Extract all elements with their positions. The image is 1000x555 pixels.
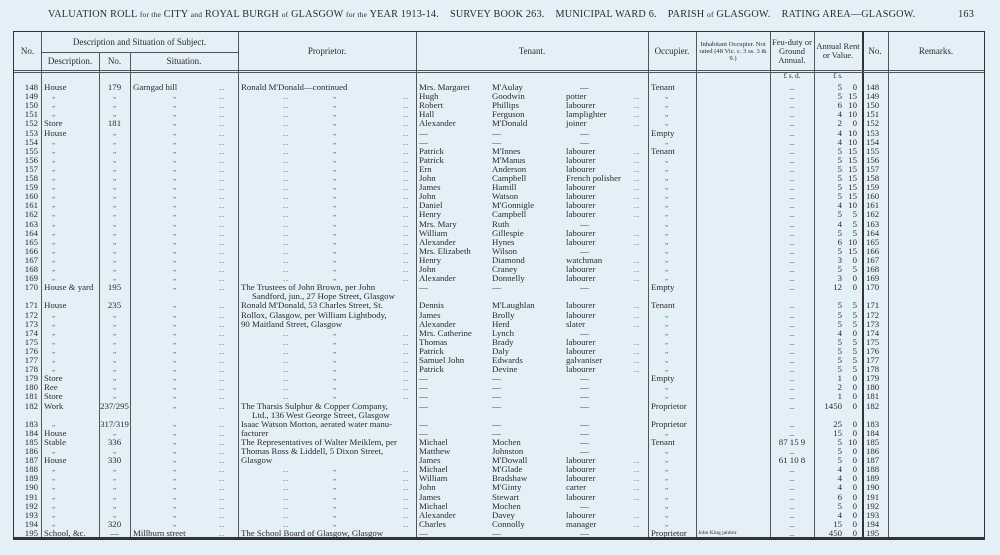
- house-number: „: [99, 356, 130, 365]
- valuation-roll-table: No. Description and Situation of Subject…: [13, 31, 985, 540]
- situation: „: [133, 511, 253, 520]
- row-number: 195: [14, 529, 38, 538]
- situation: „: [133, 174, 253, 183]
- leader-dots: ..: [634, 520, 640, 529]
- occupier-status: „: [651, 483, 711, 492]
- situation: „: [133, 238, 253, 247]
- parish: PARISH: [668, 9, 705, 20]
- leader-dots: ..: [219, 238, 225, 247]
- leader-dots: ..: [634, 192, 640, 201]
- municipal-ward: MUNICIPAL WARD 6.: [556, 9, 657, 20]
- house-number: „: [99, 138, 130, 147]
- situation: „: [133, 338, 253, 347]
- occupier-status: „: [651, 92, 711, 101]
- house-number: 235: [99, 301, 130, 310]
- house-number: „: [99, 147, 130, 156]
- house-number: „: [99, 101, 130, 110]
- leader-dots: ..: [634, 238, 640, 247]
- leader-dots: ..: [634, 183, 640, 192]
- tenant-first-name: —: [419, 374, 489, 383]
- survey-book: SURVEY BOOK 263.: [450, 9, 545, 20]
- situation: „: [133, 210, 253, 219]
- occupier-status: „: [651, 192, 711, 201]
- situation: „: [133, 392, 253, 401]
- tenant-first-name: Patrick: [419, 365, 489, 374]
- tenant-first-name: —: [419, 283, 489, 292]
- tenant-last-name: —: [492, 402, 562, 411]
- leader-dots: ..: [219, 483, 225, 492]
- occupier-status: Empty: [651, 129, 697, 138]
- description: „: [44, 265, 107, 274]
- description: „: [44, 101, 107, 110]
- house-number: „: [99, 265, 130, 274]
- house-number: „: [99, 238, 130, 247]
- tenant-first-name: —: [419, 383, 489, 392]
- leader-dots: ..: [219, 347, 225, 356]
- table-row: 182 Work 237/295 „ .. The Tharsis Sulphu…: [14, 402, 984, 411]
- situation: „: [133, 110, 253, 119]
- occupier-status: Proprietor: [651, 529, 697, 538]
- leader-dots: ..: [219, 256, 225, 265]
- description: „: [44, 502, 107, 511]
- leader-dots: ..: [219, 83, 225, 92]
- occupier-status: „: [651, 383, 711, 392]
- occupier-status: „: [651, 338, 711, 347]
- description: „: [44, 138, 107, 147]
- occupier-status: „: [651, 201, 711, 210]
- title-word: for the: [140, 10, 161, 19]
- col-header-description-group: Description and Situation of Subject.: [41, 32, 238, 52]
- leader-dots: ..: [219, 429, 225, 438]
- occupier-status: „: [651, 474, 711, 483]
- title-word: for the: [346, 10, 367, 19]
- leader-dots: ..: [634, 338, 640, 347]
- description: „: [44, 311, 107, 320]
- tenant-last-name: Devine: [492, 365, 562, 374]
- situation: „: [133, 229, 253, 238]
- leader-dots: ..: [634, 174, 640, 183]
- situation: „: [133, 183, 253, 192]
- leader-dots: ..: [219, 502, 225, 511]
- leader-dots: ..: [219, 392, 225, 401]
- leader-dots: ..: [219, 383, 225, 392]
- occupier-status: „: [651, 511, 711, 520]
- occupier-status: „: [651, 183, 711, 192]
- house-number: „: [99, 174, 130, 183]
- leader-dots: ..: [219, 320, 225, 329]
- feu-duty: ..: [770, 529, 814, 538]
- row-number: 170: [14, 283, 38, 292]
- situation: „: [133, 274, 253, 283]
- house-number: „: [99, 320, 130, 329]
- leader-dots: ..: [219, 201, 225, 210]
- col-header-feu-duty: Feu-duty or Ground Annual.: [770, 32, 814, 70]
- leader-dots: ..: [219, 493, 225, 502]
- leader-dots: ..: [219, 374, 225, 383]
- situation: „: [133, 201, 253, 210]
- tenant-occupation: —: [566, 402, 650, 411]
- row-number-right: 195: [866, 529, 888, 538]
- house-number: 237/295: [99, 402, 130, 411]
- description: „: [44, 320, 107, 329]
- occupier-status: „: [651, 329, 711, 338]
- leader-dots: ..: [634, 101, 640, 110]
- tenant-occupation: —: [566, 383, 650, 392]
- col-header-proprietor: Proprietor.: [238, 32, 416, 70]
- col-header-tenant: Tenant.: [416, 32, 648, 70]
- description: „: [44, 338, 107, 347]
- leader-dots: ..: [634, 356, 640, 365]
- row-number-right: 182: [866, 402, 888, 411]
- occupier-status: „: [651, 238, 711, 247]
- leader-dots: ..: [634, 301, 640, 310]
- leader-dots: ..: [634, 347, 640, 356]
- tenant-occupation: labourer: [566, 365, 636, 374]
- feu-units: £ s. d.: [770, 72, 814, 81]
- tenant-occupation: labourer: [566, 238, 636, 247]
- leader-dots: ..: [634, 365, 640, 374]
- occupier-status: „: [651, 247, 711, 256]
- col-header-inhabitant-occupier: Inhabitant Occupier. Not rated (48 Vic. …: [696, 32, 770, 70]
- leader-dots: ..: [634, 511, 640, 520]
- description: „: [44, 474, 107, 483]
- occupier-status: „: [651, 320, 711, 329]
- title-year: YEAR 1913-14.: [370, 9, 439, 20]
- description: House: [44, 129, 99, 138]
- occupier-status: „: [651, 465, 711, 474]
- leader-dots: ..: [219, 265, 225, 274]
- tenant-occupation: labourer: [566, 210, 636, 219]
- leader-dots: ..: [634, 92, 640, 101]
- situation: „: [133, 247, 253, 256]
- leader-dots: ..: [634, 456, 640, 465]
- tenant-occupation: manager: [566, 520, 636, 529]
- leader-dots: ..: [219, 447, 225, 456]
- leader-dots: ..: [219, 356, 225, 365]
- leader-dots: ..: [219, 520, 225, 529]
- situation: „: [133, 156, 253, 165]
- leader-dots: ..: [219, 529, 225, 538]
- leader-dots: ..: [219, 101, 225, 110]
- leader-dots: ..: [219, 511, 225, 520]
- house-number: „: [99, 192, 130, 201]
- house-number: 330: [99, 456, 130, 465]
- leader-dots: ..: [219, 329, 225, 338]
- row-number-right: 170: [866, 283, 888, 292]
- occupier-status: „: [651, 220, 711, 229]
- house-number: „: [99, 383, 130, 392]
- header-rule: [14, 70, 984, 71]
- col-header-remarks: Remarks.: [888, 32, 984, 70]
- leader-dots: ..: [634, 483, 640, 492]
- leader-dots: ..: [634, 201, 640, 210]
- leader-dots: ..: [219, 129, 225, 138]
- house-number: „: [99, 329, 130, 338]
- leader-dots: ..: [219, 210, 225, 219]
- description: „: [44, 210, 107, 219]
- description: „: [44, 329, 107, 338]
- description: „: [44, 183, 107, 192]
- occupier-status: Tenant: [651, 83, 697, 92]
- house-number: 317/319: [99, 420, 130, 429]
- leader-dots: ..: [219, 156, 225, 165]
- leader-dots: ..: [219, 365, 225, 374]
- tenant-occupation: —: [566, 283, 650, 292]
- tenant-last-name: —: [492, 529, 562, 538]
- description: „: [44, 238, 107, 247]
- situation: „: [133, 465, 253, 474]
- house-number: „: [99, 229, 130, 238]
- occupier-status: „: [651, 447, 711, 456]
- rent-units: £ s.: [814, 72, 862, 81]
- occupier-status: „: [651, 311, 711, 320]
- rent-pounds: 450: [814, 529, 842, 538]
- tenant-first-name: —: [419, 420, 489, 429]
- house-number: „: [99, 365, 130, 374]
- col-header-no-right: No.: [862, 32, 888, 70]
- leader-dots: ..: [219, 456, 225, 465]
- description: House: [44, 83, 99, 92]
- occupier-status: Empty: [651, 283, 697, 292]
- occupier-status: „: [651, 493, 711, 502]
- leader-dots: ..: [634, 311, 640, 320]
- leader-dots: ..: [219, 138, 225, 147]
- situation: „: [133, 129, 253, 138]
- description: „: [44, 356, 107, 365]
- house-number: „: [99, 347, 130, 356]
- tenant-occupation: joiner: [566, 119, 636, 128]
- feu-duty: ..: [770, 402, 814, 411]
- rent-shillings: 0: [842, 283, 857, 292]
- house-number: 195: [99, 283, 130, 292]
- description: „: [44, 247, 107, 256]
- occupier-status: „: [651, 456, 711, 465]
- page-number: 163: [958, 9, 974, 20]
- occupier-status: „: [651, 256, 711, 265]
- situation: Millburn street: [133, 529, 213, 538]
- situation: „: [133, 347, 253, 356]
- title-word: CITY: [164, 9, 188, 20]
- house-number: „: [99, 201, 130, 210]
- leader-dots: ..: [219, 92, 225, 101]
- situation: „: [133, 329, 253, 338]
- leader-dots: ..: [219, 165, 225, 174]
- title-word: of: [707, 10, 714, 19]
- description: Work: [44, 402, 99, 411]
- situation: „: [133, 256, 253, 265]
- table-row: 170 House & yard 195 „ .. The Trustees o…: [14, 283, 984, 292]
- house-number: „: [99, 92, 130, 101]
- proprietor: Glasgow: [241, 456, 413, 465]
- situation: „: [133, 502, 253, 511]
- situation: Garngad hill: [133, 83, 213, 92]
- occupier-status: „: [651, 502, 711, 511]
- occupier-status: „: [651, 356, 711, 365]
- house-number: „: [99, 165, 130, 174]
- leader-dots: ..: [219, 247, 225, 256]
- occupier-status: „: [651, 229, 711, 238]
- house-number: „: [99, 311, 130, 320]
- page-header: VALUATION ROLL for the CITY and ROYAL BU…: [48, 9, 978, 23]
- leader-dots: ..: [634, 465, 640, 474]
- tenant-last-name: —: [492, 283, 562, 292]
- house-number: „: [99, 220, 130, 229]
- leader-dots: ..: [634, 156, 640, 165]
- occupier-status: Proprietor: [651, 402, 697, 411]
- title-word: and: [191, 10, 202, 19]
- leader-dots: ..: [634, 110, 640, 119]
- col-header-occupier: Occupier.: [648, 32, 696, 70]
- description: School, &c.: [44, 529, 99, 538]
- leader-dots: ..: [219, 438, 225, 447]
- description: House & yard: [44, 283, 99, 292]
- tenant-last-name: —: [492, 129, 562, 138]
- leader-dots: ..: [219, 402, 225, 411]
- occupier-status: „: [651, 165, 711, 174]
- situation: „: [133, 147, 253, 156]
- situation: „: [133, 493, 253, 502]
- rating-area: RATING AREA—GLASGOW.: [782, 9, 916, 20]
- proprietor: Ronald M'Donald—continued: [241, 83, 413, 92]
- situation: „: [133, 365, 253, 374]
- tenant-last-name: —: [492, 383, 562, 392]
- tenant-last-name: —: [492, 420, 562, 429]
- situation: „: [133, 456, 253, 465]
- title-word: of: [282, 10, 289, 19]
- description: „: [44, 483, 107, 492]
- leader-dots: ..: [634, 320, 640, 329]
- situation: „: [133, 447, 253, 456]
- leader-dots: ..: [634, 119, 640, 128]
- situation: „: [133, 138, 253, 147]
- tenant-occupation: —: [566, 529, 650, 538]
- rent-shillings: 0: [842, 529, 857, 538]
- situation: „: [133, 220, 253, 229]
- house-number: 179: [99, 83, 130, 92]
- inhabitant-occupier: John King janitor: [698, 529, 770, 538]
- table-row: 195 School, &c. — Millburn street .. The…: [14, 529, 984, 538]
- house-number: „: [99, 183, 130, 192]
- col-header-no: No.: [14, 32, 41, 70]
- description: „: [44, 256, 107, 265]
- tenant-occupation: labourer: [566, 493, 636, 502]
- tenant-last-name: Connolly: [492, 520, 562, 529]
- leader-dots: ..: [219, 311, 225, 320]
- description: „: [44, 220, 107, 229]
- col-header-description: Description.: [41, 52, 99, 70]
- occupier-status: Tenant: [651, 147, 697, 156]
- tenant-first-name: —: [419, 129, 489, 138]
- col-header-situation: Situation.: [130, 52, 238, 70]
- tenant-occupation: —: [566, 129, 650, 138]
- tenant-first-name: —: [419, 402, 489, 411]
- occupier-status: „: [651, 347, 711, 356]
- situation: „: [133, 383, 253, 392]
- title-valuation-roll: VALUATION ROLL: [48, 9, 137, 20]
- leader-dots: ..: [634, 147, 640, 156]
- tenant-last-name: —: [492, 392, 562, 401]
- situation: „: [133, 356, 253, 365]
- situation: „: [133, 402, 253, 411]
- title-word: ROYAL BURGH: [205, 9, 279, 20]
- occupier-status: Tenant: [651, 301, 697, 310]
- leader-dots: ..: [219, 465, 225, 474]
- description: „: [44, 174, 107, 183]
- title-word: GLASGOW: [291, 9, 343, 20]
- proprietor: 90 Maitland Street, Glasgow: [241, 320, 413, 329]
- tenant-last-name: M'Donald: [492, 119, 562, 128]
- occupier-status: „: [651, 174, 711, 183]
- tenant-first-name: Alexander: [419, 119, 489, 128]
- situation: „: [133, 92, 253, 101]
- house-number: „: [99, 210, 130, 219]
- situation: „: [133, 483, 253, 492]
- feu-duty: ..: [770, 283, 814, 292]
- occupier-status: „: [651, 110, 711, 119]
- description: Stable: [44, 438, 99, 447]
- occupier-status: Empty: [651, 374, 697, 383]
- description: „: [44, 147, 107, 156]
- leader-dots: ..: [219, 338, 225, 347]
- house-number: 181: [99, 119, 130, 128]
- situation: „: [133, 474, 253, 483]
- description: „: [44, 192, 107, 201]
- tenant-occupation: —: [566, 420, 650, 429]
- house-number: „: [99, 256, 130, 265]
- description: „: [44, 92, 107, 101]
- leader-dots: ..: [634, 265, 640, 274]
- row-number: 182: [14, 402, 38, 411]
- tenant-first-name: Charles: [419, 520, 489, 529]
- description: „: [44, 156, 107, 165]
- tenant-occupation: —: [566, 392, 650, 401]
- leader-dots: ..: [219, 283, 225, 292]
- tenant-first-name: —: [419, 529, 489, 538]
- description: House: [44, 456, 99, 465]
- occupier-status: „: [651, 101, 711, 110]
- tenant-last-name: Donnelly: [492, 274, 562, 283]
- situation: „: [133, 311, 253, 320]
- rent-shillings: 0: [842, 402, 857, 411]
- situation: „: [133, 192, 253, 201]
- tenant-occupation: —: [566, 374, 650, 383]
- leader-dots: ..: [219, 220, 225, 229]
- col-header-house-no: No.: [99, 52, 130, 70]
- leader-dots: ..: [219, 183, 225, 192]
- situation: „: [133, 119, 253, 128]
- proprietor: The School Board of Glasgow, Glasgow: [241, 529, 413, 538]
- tenant-first-name: —: [419, 392, 489, 401]
- situation: „: [133, 265, 253, 274]
- leader-dots: ..: [219, 301, 225, 310]
- tenant-occupation: —: [566, 429, 650, 438]
- occupier-status: „: [651, 210, 711, 219]
- leader-dots: ..: [634, 165, 640, 174]
- leader-dots: ..: [219, 229, 225, 238]
- leader-dots: ..: [634, 256, 640, 265]
- col-header-annual-rent: Annual Rent or Value.: [814, 32, 862, 70]
- situation: „: [133, 320, 253, 329]
- situation: „: [133, 283, 253, 292]
- leader-dots: ..: [219, 174, 225, 183]
- leader-dots: ..: [219, 420, 225, 429]
- description: „: [44, 511, 107, 520]
- house-number: 336: [99, 438, 130, 447]
- tenant-occupation: slater: [566, 320, 636, 329]
- house-number: „: [99, 502, 130, 511]
- description: „: [44, 347, 107, 356]
- situation: „: [133, 165, 253, 174]
